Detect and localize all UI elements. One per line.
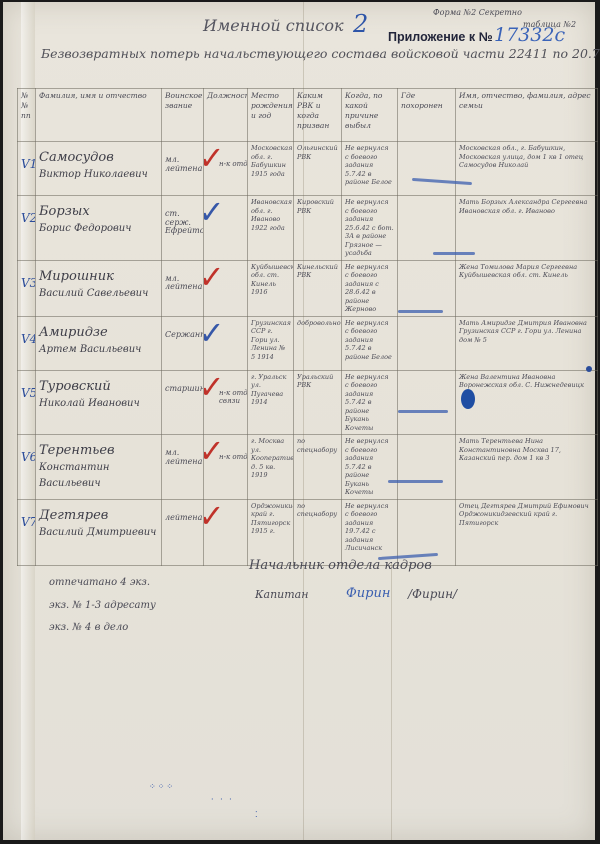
signature-mark: Фирин [346, 586, 390, 601]
surname: Амиридзе [39, 325, 108, 340]
surname: Туровский [39, 379, 111, 394]
vertical-fold-crease [391, 562, 392, 840]
casualty-table: №№ ппФамилия, имя и отчествоВоинское зва… [17, 88, 598, 566]
burial-place [398, 316, 456, 370]
appendix-stamp: Приложение к № [388, 30, 493, 44]
full-name: ТуровскийНиколай Иванович [36, 370, 162, 435]
signature-title: Начальник отдела кадров [249, 558, 432, 573]
loss-cause: Не вернулся с боевого задания 5.7.42 в р… [342, 316, 398, 370]
check-mark-icon: ✓ [204, 142, 225, 174]
list-number: 2 [353, 10, 368, 38]
full-name: СамосудовВиктор Николаевич [36, 142, 162, 196]
birthplace-year: г. Уральск ул. Пугачева 1914 [248, 370, 294, 435]
table-row: V5ТуровскийНиколай Ивановичстаршина✓н-к … [18, 370, 598, 435]
table-row: V6ТерентьевКонстантин Васильевичмл. лейт… [18, 435, 598, 500]
footnote-copies: отпечатано 4 экз. [49, 577, 150, 588]
column-header: Место рождения и год [248, 89, 294, 142]
burial-place [398, 370, 456, 435]
birthplace-year: Куйбышевская обл. ст. Кинель 1916 [248, 260, 294, 316]
row-number: V5 [18, 370, 36, 435]
full-name: АмиридзеАртем Васильевич [36, 316, 162, 370]
check-mark-icon: ✓ [204, 500, 225, 532]
military-rank: старшина [162, 370, 204, 435]
surname: Терентьев [39, 443, 115, 458]
military-rank: Сержант [162, 316, 204, 370]
footnote-distribution: экз. № 1-3 адресату [49, 600, 156, 611]
table-row: V3МирошникВасилий Савельевичмл. лейтенан… [18, 260, 598, 316]
table-header-row: №№ ппФамилия, имя и отчествоВоинское зва… [18, 89, 598, 142]
burial-place [398, 260, 456, 316]
birthplace-year: Грузинская ССР г. Гори ул. Ленина № 5 19… [248, 316, 294, 370]
military-rank: ст. серж. Ефрейтор [162, 196, 204, 261]
burial-place [398, 142, 456, 196]
draft-office: Кировский РВК [294, 196, 342, 261]
check-mark-icon: ✓ [204, 435, 225, 467]
surname: Борзых [39, 204, 90, 219]
position: ✓ [204, 499, 248, 565]
blue-pencil-underline [433, 252, 475, 255]
table-row: V4АмиридзеАртем ВасильевичСержант✓Грузин… [18, 316, 598, 370]
row-number: V2 [18, 196, 36, 261]
surname: Мирошник [39, 269, 114, 284]
first-patronymic: Борис Федорович [39, 221, 158, 237]
document-page: Именной список 2 Форма №2 Секретно табли… [3, 2, 595, 840]
footnote-file: экз. № 4 в дело [49, 622, 128, 633]
table-row: V2БорзыхБорис Федоровичст. серж. Ефрейто… [18, 196, 598, 261]
ink-dot [586, 366, 592, 372]
full-name: БорзыхБорис Федорович [36, 196, 162, 261]
full-name: ТерентьевКонстантин Васильевич [36, 435, 162, 500]
military-rank: лейтенант [162, 499, 204, 565]
position-text: н-к отд. [219, 453, 248, 461]
position-text: н-к отд. [219, 160, 248, 168]
row-number: V4 [18, 316, 36, 370]
birthplace-year: Орджоникидзевский край г. Пятигорск 1915… [248, 499, 294, 565]
column-header: Каким РВК и когда призван [294, 89, 342, 142]
check-mark-icon: ✓ [204, 261, 225, 293]
draft-office: Кинельский РВК [294, 260, 342, 316]
column-header: Фамилия, имя и отчество [36, 89, 162, 142]
family-address: Жена Валентина Ивановна Воронежская обл.… [456, 370, 598, 435]
surname: Дегтярев [39, 508, 108, 523]
first-patronymic: Василий Дмитриевич [39, 525, 158, 541]
table-row: V7ДегтяревВасилий Дмитриевичлейтенант✓Ор… [18, 499, 598, 565]
document-title: Именной список [203, 16, 344, 35]
blue-pencil-underline [388, 480, 443, 483]
row-number: V3 [18, 260, 36, 316]
column-header: Когда, по какой причине выбыл [342, 89, 398, 142]
loss-cause: Не вернулся с боевого задания 5.7.42 в р… [342, 142, 398, 196]
row-number: V6 [18, 435, 36, 500]
column-header: Где похоронен [398, 89, 456, 142]
column-header: Имя, отчество, фамилия, адрес семьи [456, 89, 598, 142]
signature-name: /Фирин/ [408, 587, 457, 601]
blue-pencil-underline [398, 410, 448, 413]
check-mark-icon: ✓ [204, 196, 225, 228]
family-address: Мать Терентьева Нина Константиновна Моск… [456, 435, 598, 500]
position: ✓ [204, 316, 248, 370]
first-patronymic: Василий Савельевич [39, 286, 158, 302]
family-address: Мать Амиридзе Дмитрия Ивановна Грузинска… [456, 316, 598, 370]
column-header: Воинское звание [162, 89, 204, 142]
draft-office: добровольно [294, 316, 342, 370]
form-note: Форма №2 Секретно [433, 8, 522, 17]
first-patronymic: Виктор Николаевич [39, 167, 158, 183]
table-row: V1СамосудовВиктор Николаевичмл. лейтенан… [18, 142, 598, 196]
military-rank: мл. лейтенант [162, 142, 204, 196]
full-name: МирошникВасилий Савельевич [36, 260, 162, 316]
burial-place [398, 196, 456, 261]
birthplace-year: Ивановская обл. г. Иваново 1922 года [248, 196, 294, 261]
blue-pencil-underline [398, 310, 443, 313]
position: ✓ [204, 260, 248, 316]
position: ✓н-к отд. [204, 435, 248, 500]
loss-cause: Не вернулся с боевого задания 5.7.42 в р… [342, 370, 398, 435]
family-address: Отец Дегтярев Дмитрий Ефимович Орджоники… [456, 499, 598, 565]
position-text: н-к отд. связи [219, 389, 248, 406]
column-header: №№ пп [18, 89, 36, 142]
draft-office: по спецнабору [294, 499, 342, 565]
ink-specks: ⁚ [255, 810, 260, 819]
loss-cause: Не вернулся с боевого задания с 28.6.42 … [342, 260, 398, 316]
ink-specks: · · · [211, 795, 234, 804]
first-patronymic: Николай Иванович [39, 396, 158, 412]
first-patronymic: Константин Васильевич [39, 460, 158, 492]
family-address: Жена Томилова Мария Сергеевна Куйбышевск… [456, 260, 598, 316]
surname: Самосудов [39, 150, 114, 165]
ink-specks: ⁘⁘⁘ [149, 782, 175, 791]
military-rank: мл. лейтенант [162, 260, 204, 316]
position: ✓ [204, 196, 248, 261]
military-rank: мл. лейтенант [162, 435, 204, 500]
row-number: V1 [18, 142, 36, 196]
signature-rank: Капитан [255, 588, 308, 601]
draft-office: Ольгинский РВК [294, 142, 342, 196]
check-mark-icon: ✓ [204, 317, 225, 349]
document-subtitle: Безвозвратных потерь начальствующего сос… [41, 46, 600, 61]
burial-place [398, 435, 456, 500]
full-name: ДегтяревВасилий Дмитриевич [36, 499, 162, 565]
loss-cause: Не вернулся с боевого задания 19.7.42 с … [342, 499, 398, 565]
loss-cause: Не вернулся с боевого задания 5.7.42 в р… [342, 435, 398, 500]
ink-blot [461, 389, 475, 409]
draft-office: по спецнабору [294, 435, 342, 500]
position: ✓н-к отд. связи [204, 370, 248, 435]
family-address: Московская обл., г. Бабушкин, Московская… [456, 142, 598, 196]
family-address: Мать Борзых Александра Сергеевна Ивановс… [456, 196, 598, 261]
first-patronymic: Артем Васильевич [39, 342, 158, 358]
loss-cause: Не вернулся с боевого задания 25.6.42 с … [342, 196, 398, 261]
column-header: Должность [204, 89, 248, 142]
appendix-number: 17332с [494, 24, 565, 46]
position: ✓н-к отд. [204, 142, 248, 196]
birthplace-year: г. Москва ул. Кооперативная д. 5 кв. 191… [248, 435, 294, 500]
birthplace-year: Московская обл. г. Бабушкин 1915 года [248, 142, 294, 196]
draft-office: Уральский РВК [294, 370, 342, 435]
row-number: V7 [18, 499, 36, 565]
